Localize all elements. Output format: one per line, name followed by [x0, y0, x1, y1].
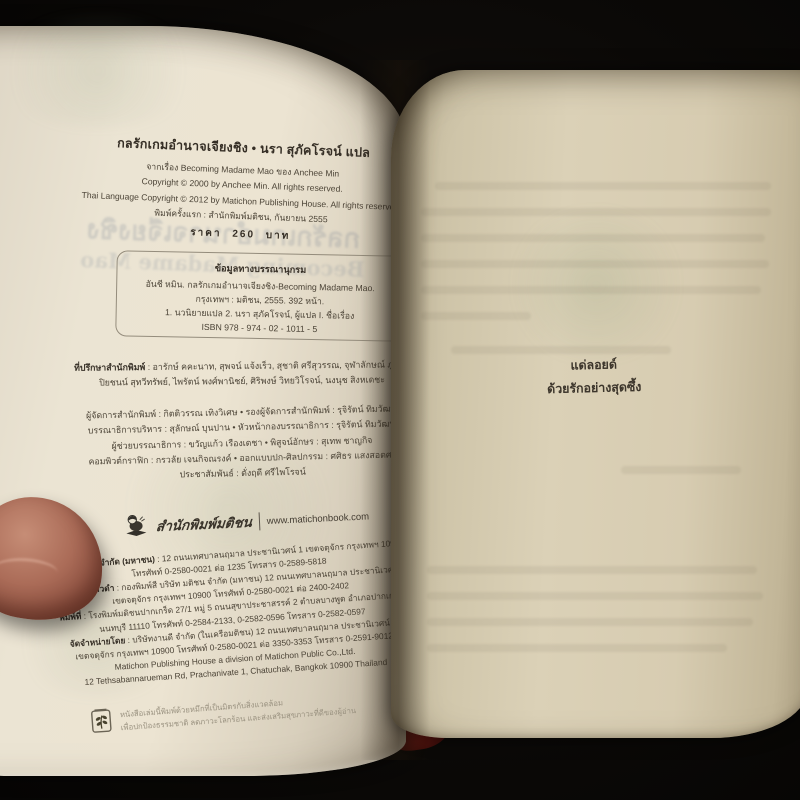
staff-credits-block: ผู้จัดการสำนักพิมพ์ : กิตติวรรณ เทิงวิเศ… [57, 401, 427, 486]
floral-show-through [501, 210, 691, 360]
left-page-content: กลรักเกมอำนาจเจียงชิง Becoming Madame Ma… [0, 26, 406, 776]
left-page: กลรักเกมอำนาจเจียงชิง Becoming Madame Ma… [0, 26, 406, 776]
show-through-text-line [427, 644, 727, 652]
publisher-script-text: สำนักพิมพ์มติชน [155, 511, 253, 537]
show-through-text-line [427, 618, 753, 626]
right-page-content: แด่ลอยด์ด้วยรักอย่างสุดซึ้ง [391, 70, 800, 738]
show-through-text-line [421, 260, 769, 268]
advisor-line: ปิยชนน์ สุทวีทรัพย์, ไพรัตน์ พงศ์พานิชย์… [58, 372, 426, 391]
advisors-block: ที่ปรึกษาสำนักพิมพ์ : อารักษ์ คคะนาท, สุ… [58, 357, 426, 391]
show-through-text-line [435, 182, 771, 190]
show-through-text-line [421, 286, 761, 294]
eco-note: หนังสือเล่มนี้พิมพ์ด้วยหมึกที่เป็นมิตรกั… [89, 683, 430, 740]
floral-show-through [0, 16, 208, 126]
show-through-text-line [621, 466, 741, 474]
copyright-lines: จากเรื่อง Becoming Madame Mao ของ Anchee… [55, 156, 429, 231]
show-through-text-line [421, 234, 765, 242]
line-text: : อารักษ์ คคะนาท, สุพจน์ แจ้งเร็ว, สุชาต… [145, 359, 410, 372]
open-book-photo: กลรักเกมอำนาจเจียงชิง Becoming Madame Ma… [0, 0, 800, 800]
bold-lead: จัดจำหน่ายโดย [69, 635, 125, 649]
right-page: แด่ลอยด์ด้วยรักอย่างสุดซึ้ง [391, 70, 800, 738]
thumb-crease [0, 556, 59, 585]
bibliographic-data-box: ข้อมูลทางบรรณานุกรม อันชี หมิน. กลรักเกม… [115, 250, 405, 342]
show-through-text-line [427, 566, 757, 574]
show-through-text-line [421, 312, 531, 320]
bibliographic-lines: อันชี หมิน. กลรักเกมอำนาจเจียงชิง-Becomi… [116, 276, 403, 338]
show-through-text-line [427, 592, 763, 600]
eco-note-lines: หนังสือเล่มนี้พิมพ์ด้วยหมึกที่เป็นมิตรกั… [119, 691, 356, 734]
matichon-bird-icon [122, 511, 149, 543]
dedication-block: แด่ลอยด์ด้วยรักอย่างสุดซึ้ง [428, 350, 759, 404]
publisher-website: www.matichonbook.com [266, 511, 369, 527]
line-text: ปิยชนน์ สุทวีทรัพย์, ไพรัตน์ พงศ์พานิชย์… [99, 375, 385, 388]
bold-lead: ที่ปรึกษาสำนักพิมพ์ [74, 362, 145, 373]
eco-ink-icon [89, 706, 113, 740]
logo-divider [258, 512, 260, 530]
show-through-text-line [421, 208, 771, 216]
title-copyright-block: กลรักเกมอำนาจเจียงชิง • นรา สุภัคโรจน์ แ… [54, 131, 430, 249]
